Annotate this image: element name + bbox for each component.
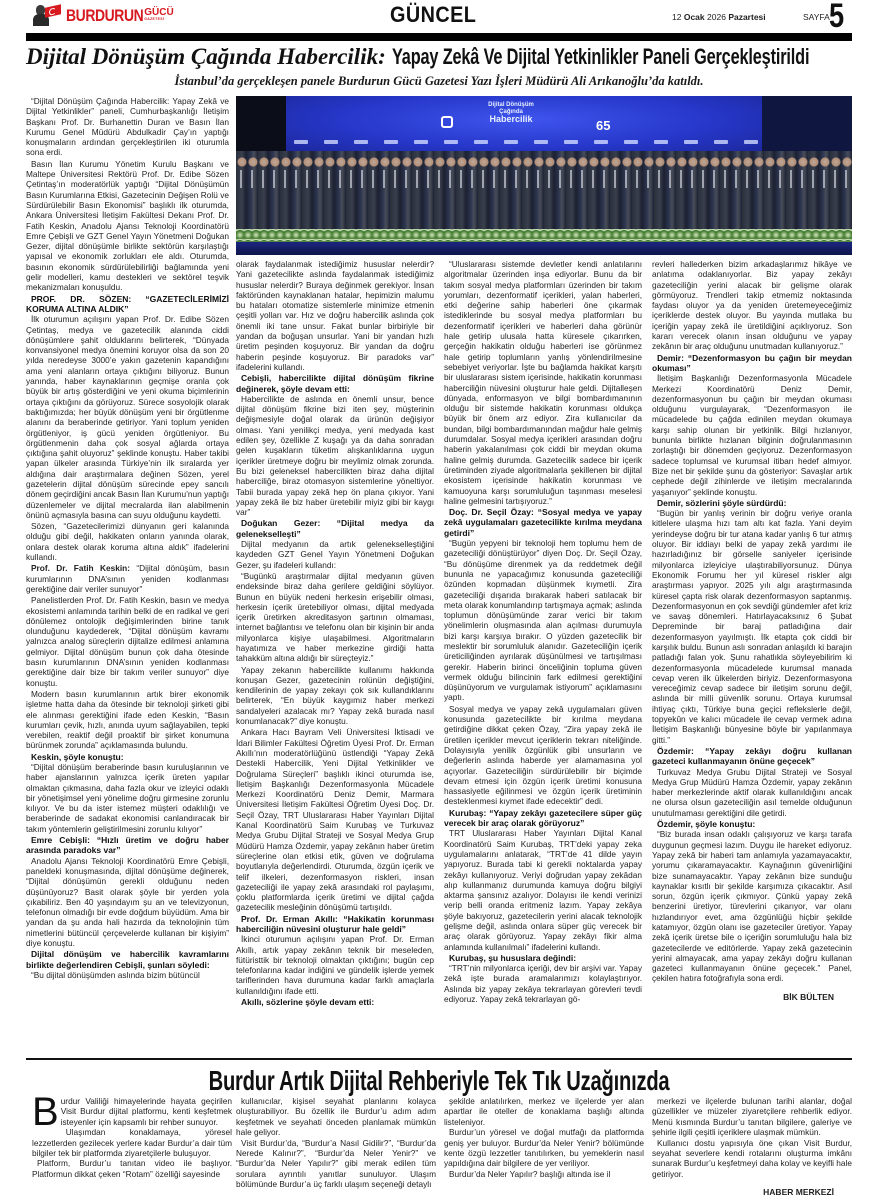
panel-group-photo[interactable]: Dijital Dönüşüm Çağında Habercilik 65 — [236, 96, 852, 255]
drop-cap: B — [32, 1096, 59, 1128]
article-column-2: olarak faydalanmak istediğimiz hususlar … — [236, 259, 434, 1056]
section-title: GÜNCEL — [390, 2, 476, 28]
paragraph: İkinci oturumun açılışını yapan Prof. Dr… — [236, 934, 434, 996]
lead-in: Prof. Dr. Fatih Keskin: — [31, 563, 130, 573]
subheading: Keskin, şöyle konuştu: — [26, 752, 229, 762]
paragraph: İlk oturumun açılışını yapan Prof. Dr. E… — [26, 314, 229, 520]
article-column-1: “Dijital Dönüşüm Çağında Habercilik: Yap… — [26, 96, 229, 1056]
article2-headline: Burdur Artık Dijital Rehberiyle Tek Tık … — [0, 1061, 878, 1093]
paragraph: “Bu dijital dönüşümden aslında bizim büt… — [26, 970, 229, 980]
article-column-3: “Uluslararası sistemde devletler kendi a… — [444, 259, 642, 1056]
article-column-4: revleri hallederken bizim arkadaşlarımız… — [652, 259, 852, 1056]
subheading: Doç. Dr. Seçil Özay: “Sosyal medya ve ya… — [444, 507, 642, 538]
stage — [236, 242, 852, 255]
subheading: PROF. DR. SÖZEN: “GAZETECİLERİMİZİ KORUM… — [26, 294, 229, 315]
subheading: Özdemir, şöyle konuştu: — [652, 819, 852, 829]
sponsor-logos — [286, 140, 766, 148]
article-subheadline: İstanbul’da gerçekleşen panele Burdurun … — [0, 74, 878, 89]
paragraph: “Dijital Dönüşüm Çağında Habercilik: Yap… — [26, 96, 229, 158]
paragraph: “TRT’nin milyonlarca içeriği, dev bir ar… — [444, 963, 642, 1004]
issue-date: 12 Ocak 2026 Pazartesi — [672, 12, 766, 22]
subheading: Doğukan Gezer: “Dijital medya da gelenek… — [236, 518, 434, 539]
subheading: Emre Cebişli: “Hızlı üretim ve doğru hab… — [26, 835, 229, 856]
subheading: Demir, sözlerini şöyle sürdürdü: — [652, 498, 852, 508]
paragraph: Prof. Dr. Fatih Keskin: “Dijital dönüşüm… — [26, 563, 229, 594]
article-byline: BİK BÜLTEN — [652, 992, 852, 1002]
paragraph: revleri hallederken bizim arkadaşlarımız… — [652, 259, 852, 352]
subheading: Dijital dönüşüm ve habercilik kavramları… — [26, 949, 229, 970]
subheading: Özdemir: “Yapay zekâyı doğru kullanan ga… — [652, 746, 852, 767]
paragraph: Ankara Hacı Bayram Veli Üniversitesi İkt… — [236, 727, 434, 912]
article-headline: Dijital Dönüşüm Çağında Habercilik: Yapa… — [26, 43, 852, 71]
subheading: Kurubaş, şu hususlara değindi: — [444, 953, 642, 963]
paragraph: “Bugün yepyeni bir teknoloji hem toplumu… — [444, 538, 642, 703]
paragraph: TRT Uluslararası Haber Yayınları Dijital… — [444, 828, 642, 952]
subheading: Demir: “Dezenformasyon bu çağın bir meyd… — [652, 353, 852, 374]
stage-flowers — [236, 229, 852, 243]
screen-title: Dijital Dönüşüm Çağında Habercilik — [481, 102, 541, 125]
paragraph: Basın İlan Kurumu Yönetim Kurulu Başkanı… — [26, 159, 229, 293]
article2-byline: HABER MERKEZİ — [652, 1187, 852, 1197]
paragraph: olarak faydalanmak istediğimiz hususlar … — [236, 259, 434, 372]
subheading: Kurubaş: “Yapay zekâyı gazetecilere süpe… — [444, 808, 642, 829]
anniversary-badge: 65 — [596, 118, 610, 133]
paragraph: “Bugünkü araştırmalar dijital medyanın g… — [236, 571, 434, 664]
article2-column-4: merkezi ve ilçelerde bulunan tarihi alan… — [652, 1096, 852, 1198]
header-rule — [26, 33, 852, 41]
paragraph: Sosyal medya ve yapay zekâ uygulamaları … — [444, 704, 642, 807]
paragraph: Habercilikte de aslında en önemli unsur,… — [236, 394, 434, 518]
article2-column-1: Burdur Valiliği himayelerinde hayata geç… — [32, 1096, 232, 1179]
bik-logo-icon — [441, 116, 453, 128]
paragraph: Yapay zekanın habercilikte kullanımı hak… — [236, 665, 434, 727]
newspaper-logo[interactable]: BURDURUN GÜCÜ GAZETESİ — [32, 3, 174, 27]
article2-column-2: kullanıcılar, kişisel seyahat planlarını… — [236, 1096, 436, 1190]
headline-main: Yapay Zekâ Ve Dijital Yetkinlikler Panel… — [392, 43, 809, 71]
paragraph: Sözen, “Gazetecilerimizi dünyanın geri k… — [26, 521, 229, 562]
paragraph: İletişim Başkanlığı Dezenformasyonla Müc… — [652, 373, 852, 497]
page-number: 5 — [829, 0, 844, 36]
paragraph: “Dijital dönüşüm beraberinde basın kurul… — [26, 762, 229, 834]
subheading: Akıllı, sözlerine şöyle devam etti: — [236, 997, 434, 1007]
page-label: SAYFA — [803, 12, 830, 22]
paragraph: Modern basın kurumlarının artık birer ek… — [26, 689, 229, 751]
masthead: BURDURUN GÜCÜ GAZETESİ GÜNCEL 12 Ocak 20… — [0, 0, 878, 34]
article-divider — [26, 1058, 852, 1060]
paragraph: Anadolu Ajansı Teknoloji Koordinatörü Em… — [26, 856, 229, 949]
paragraph: Turkuvaz Medya Grubu Dijital Strateji ve… — [652, 767, 852, 818]
logo-subtitle: GÜCÜ GAZETESİ — [144, 8, 173, 22]
logo-wordmark: BURDURUN — [66, 7, 143, 24]
paragraph: “Bugün bir yanlış verinin bir doğru veri… — [652, 508, 852, 745]
paragraph: “Biz burada insan odaklı çalışıyoruz ve … — [652, 829, 852, 983]
paragraph: “Uluslararası sistemde devletler kendi a… — [444, 259, 642, 506]
article2-column-3: şekilde anlatılırken, merkez ve ilçelerd… — [444, 1096, 644, 1179]
paragraph: Panelistlerden Prof. Dr. Fatih Keskin, b… — [26, 595, 229, 688]
paragraph: Dijital medyanın da artık gelenekselleşt… — [236, 539, 434, 570]
headline-kicker: Dijital Dönüşüm Çağında Habercilik: — [26, 44, 386, 69]
subheading: Cebişli, habercilikte dijital dönüşüm fi… — [236, 373, 434, 394]
subheading: Prof. Dr. Erman Akıllı: “Hakikatin korun… — [236, 914, 434, 935]
ataturk-flag-icon — [32, 4, 52, 26]
